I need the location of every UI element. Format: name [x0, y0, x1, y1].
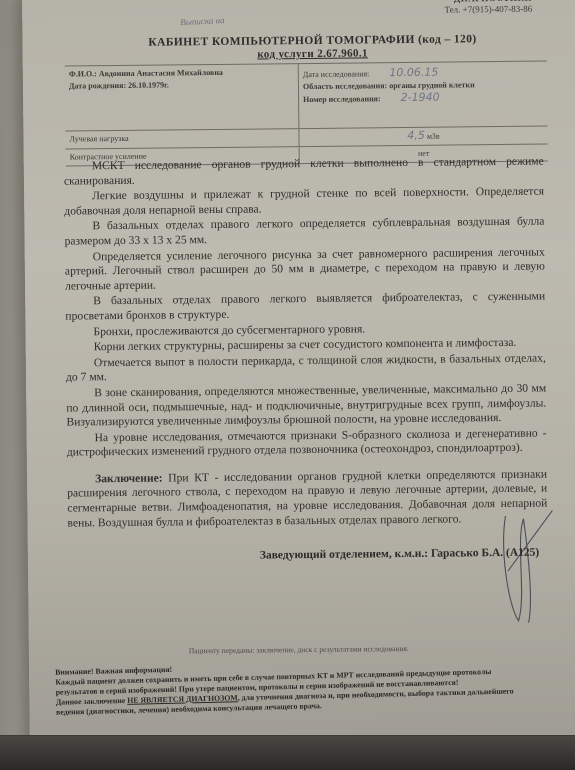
conclusion: Заключение: При КТ - исследовании органо…	[67, 467, 548, 530]
document-title: КАБИНЕТ КОМПЬЮТЕРНОЙ ТОМОГРАФИИ (код – 1…	[92, 33, 532, 64]
notice-text: Данное заключение	[56, 696, 128, 707]
study-number-value: 2-1940	[401, 91, 440, 104]
bottom-shadow	[0, 735, 575, 770]
header-contacts: ДИАГНОСТИКИ Тел. +7(915)-407-83-86	[444, 0, 532, 16]
conclusion-label: Заключение:	[95, 471, 163, 485]
document-page: ДИАГНОСТИКИ Тел. +7(915)-407-83-86 Выпис…	[22, 0, 575, 754]
study-cell: Дата исследования: 10.06.15 Область иссл…	[299, 62, 548, 129]
phone: Тел. +7(915)-407-83-86	[444, 4, 532, 16]
page-edge-line	[0, 735, 575, 736]
study-date-label: Дата исследования:	[303, 69, 370, 79]
fio-value: Авдонина Анастасия Михайловна	[99, 68, 223, 78]
handover-note: Пациенту переданы: заключение, диск с ре…	[189, 644, 409, 655]
report-paragraph: В зоне сканирования, определяются множес…	[66, 381, 546, 430]
stamp-mark: Выписка на	[180, 15, 225, 27]
area-label: Область исследования:	[303, 81, 387, 91]
birth-value: 26.10.1979г.	[128, 80, 169, 89]
important-notice: Внимание! Важная информация! Каждый паци…	[55, 655, 575, 718]
radiation-unit: мЗв	[427, 132, 440, 141]
study-date-value: 10.06.15	[389, 66, 438, 80]
report-paragraph: В базальных отделах правого легкого опре…	[64, 215, 544, 249]
study-number-label: Номер исследования:	[303, 94, 381, 104]
area-value: органы грудной клетки	[389, 80, 475, 90]
report-paragraph: На уровне исследования, отмечаются призн…	[67, 426, 547, 460]
report-paragraph: МСКТ исследование органов грудной клетки…	[64, 155, 544, 189]
handwritten-signature-icon	[497, 510, 558, 631]
info-row-main: Ф.И.О.: Авдонина Анастасия Михайловна Да…	[65, 62, 548, 132]
birth-label: Дата рождения:	[69, 81, 126, 91]
report-paragraph: Отмечается выпот в полости перикарда, с …	[66, 351, 546, 385]
radiation-label: Лучевая нагрузка	[65, 129, 299, 148]
patient-info-table: Ф.И.О.: Авдонина Анастасия Михайловна Да…	[65, 61, 548, 167]
report-body: МСКТ исследование органов грудной клетки…	[64, 155, 548, 532]
radiation-cell: 4,5 мЗв	[299, 127, 547, 147]
report-paragraph: Легкие воздушны и прилежат к грудной сте…	[64, 185, 544, 219]
report-paragraph: В базальных отделах правого легкого выяв…	[65, 290, 545, 324]
patient-cell: Ф.И.О.: Авдонина Анастасия Михайловна Да…	[65, 64, 300, 130]
report-paragraph: Определяется усиление легочного рисунка …	[65, 245, 545, 294]
radiation-value: 4,5	[407, 129, 425, 142]
fio-label: Ф.И.О.:	[69, 69, 97, 78]
